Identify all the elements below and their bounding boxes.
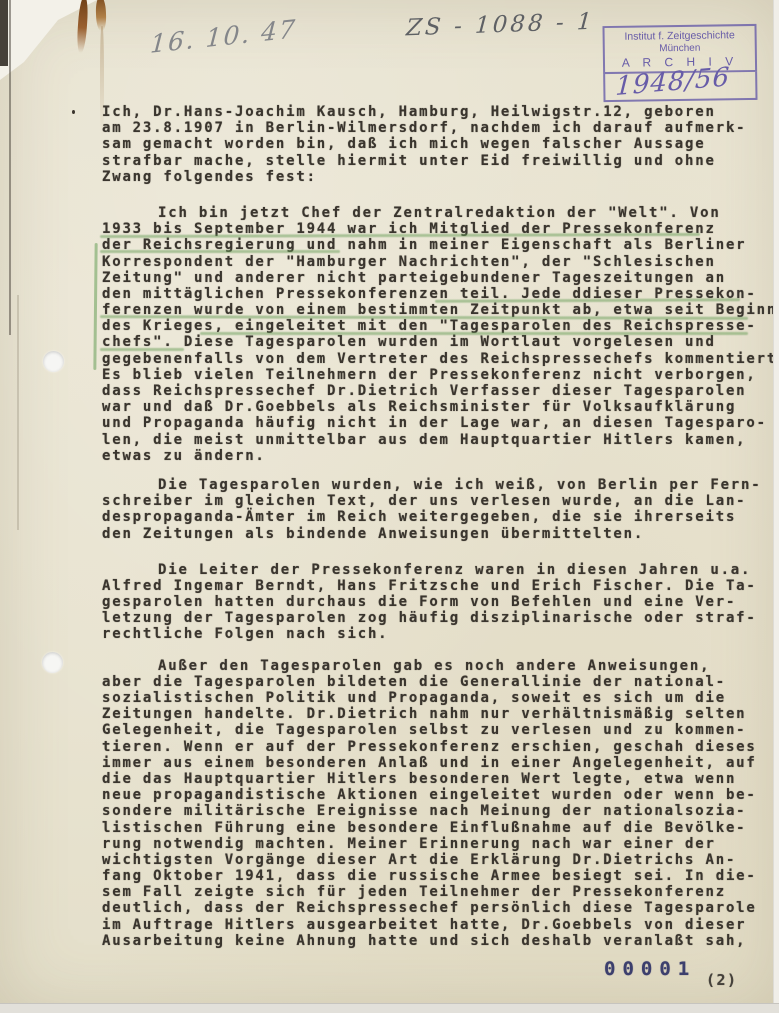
text-line: listischen Führung eine besondere Einflu… (102, 820, 778, 836)
archive-stamp: Institut f. Zeitgeschichte München A R C… (602, 24, 757, 102)
handwritten-reference-number: ZS - 1088 - 1 (405, 9, 595, 42)
text-line: neue propagandistische Aktionen eingelei… (102, 787, 778, 803)
text-line: war und daß Dr.Goebbels als Reichsminist… (102, 399, 778, 415)
text-line: und Propaganda häufig nicht in der Lage … (102, 415, 778, 431)
text-line: schreiber im gleichen Text, der uns verl… (102, 493, 778, 509)
document-page: 16. 10. 47 ZS - 1088 - 1 Institut f. Zei… (0, 0, 779, 1013)
scan-right-edge (773, 0, 779, 1013)
paragraph: Außer den Tagesparolen gab es noch ander… (102, 658, 778, 949)
page-edge-line (9, 0, 11, 335)
text-line: Zwang folgendes fest: (102, 169, 778, 185)
text-line: Zeitungen handelte. Dr.Dietrich nahm nur… (102, 706, 778, 722)
text-line: fang Oktober 1941, dass die russische Ar… (102, 868, 778, 884)
text-line: gesparolen hatten durchaus die Form von … (102, 594, 778, 610)
text-line: Ich bin jetzt Chef der Zentralredaktion … (102, 205, 778, 221)
handwritten-date: 16. 10. 47 (149, 14, 297, 59)
text-line: gegebenenfalls von dem Vertreter des Rei… (102, 351, 778, 367)
text-line: Korrespondent der "Hamburger Nachrichten… (102, 254, 778, 270)
text-line: despropaganda-Ämter im Reich weitergegeb… (102, 509, 778, 525)
text-line: Die Tagesparolen wurden, wie ich weiß, v… (102, 477, 778, 493)
text-line: chefs". Diese Tagesparolen wurden im Wor… (102, 334, 778, 350)
archive-stamp-number-box: 1948/56 (603, 72, 757, 102)
text-line: wichtigsten Vorgänge dieser Art die Erkl… (102, 852, 778, 868)
ink-speck (72, 110, 75, 114)
text-line: etwas zu ändern. (102, 448, 778, 464)
text-line: am 23.8.1907 in Berlin-Wilmersdorf, nach… (102, 120, 778, 136)
text-line: die das Hauptquartier Hitlers besonderen… (102, 771, 778, 787)
green-underline-mark (100, 250, 340, 253)
text-line: rung notwendig machten. Meiner Erinnerun… (102, 836, 778, 852)
text-line: Es blieb vielen Teilnehmern der Presseko… (102, 367, 778, 383)
document-scan: 16. 10. 47 ZS - 1088 - 1 Institut f. Zei… (0, 0, 779, 1013)
text-line: Alfred Ingemar Berndt, Hans Fritzsche un… (102, 578, 778, 594)
green-underline-mark (100, 348, 184, 351)
archive-stamp-institute: Institut f. Zeitgeschichte (606, 29, 754, 44)
text-line: den Zeitungen als bindende Anweisungen ü… (102, 526, 778, 542)
text-line: rechtliche Folgen nach sich. (102, 626, 778, 642)
text-line: aber die Tagesparolen bildeten die Gener… (102, 674, 778, 690)
text-line: sozialistischen Politik und Propaganda, … (102, 690, 778, 706)
punch-hole (42, 652, 63, 673)
paragraph: Ich, Dr.Hans-Joachim Kausch, Hamburg, He… (102, 104, 778, 185)
scan-bottom-edge (0, 1003, 779, 1013)
text-line: len, die meist unmittelbar aus dem Haupt… (102, 432, 778, 448)
text-line: Ich, Dr.Hans-Joachim Kausch, Hamburg, He… (102, 104, 778, 120)
text-line: Zeitung" und anderer nicht parteigebunde… (102, 270, 778, 286)
text-line: Außer den Tagesparolen gab es noch ander… (102, 658, 778, 674)
text-line: sondere militärische Ereignisse nach Mei… (102, 803, 778, 819)
paragraph: Die Tagesparolen wurden, wie ich weiß, v… (102, 477, 778, 542)
paragraph: Die Leiter der Pressekonferenz waren in … (102, 562, 778, 643)
document-text: Ich, Dr.Hans-Joachim Kausch, Hamburg, He… (102, 104, 778, 949)
text-line: Ausarbeitung keine Ahnung hatte und sich… (102, 933, 778, 949)
text-line: Gelegenheit, die Tagesparolen selbst zu … (102, 722, 778, 738)
text-line: strafbar mache, stelle hiermit unter Eid… (102, 153, 778, 169)
page-number: (2) (706, 971, 738, 989)
page-edge-shadow (0, 0, 8, 66)
text-line: sam gemacht worden bin, daß ich mich weg… (102, 136, 778, 152)
text-line: immer aus einem besonderen Anlaß und in … (102, 755, 778, 771)
text-line: deutlich, dass der Reichspressechef pers… (102, 900, 778, 916)
green-margin-line (93, 243, 97, 370)
punch-hole (43, 351, 64, 372)
text-line: dass Reichspressechef Dr.Dietrich Verfas… (102, 383, 778, 399)
text-line: Die Leiter der Pressekonferenz waren in … (102, 562, 778, 578)
folio-number-stamp: 00001 (604, 958, 696, 980)
text-line: letzung der Tagesparolen zog häufig disz… (102, 610, 778, 626)
text-line: sem Fall zeigte sich für jeden Teilnehme… (102, 884, 778, 900)
text-line: tieren. Wenn er auf der Pressekonferenz … (102, 739, 778, 755)
text-line: im Auftrage Hitlers ausgearbeitet hatte,… (102, 917, 778, 933)
page-crease (17, 295, 19, 530)
green-underline-mark (200, 332, 748, 335)
